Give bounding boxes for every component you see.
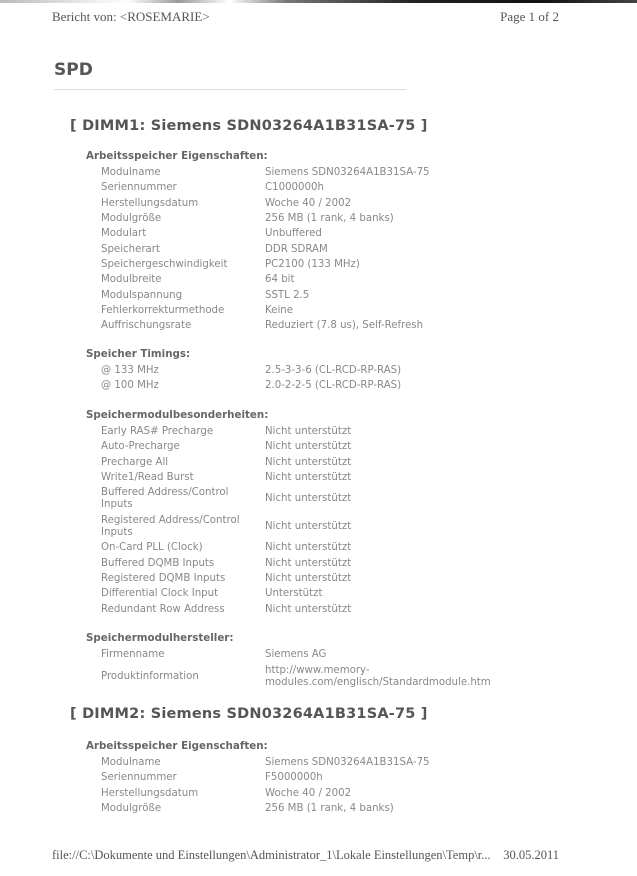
group-title: Arbeitsspeicher Eigenschaften:: [86, 740, 268, 752]
property-key: Auffrischungsrate: [101, 320, 265, 332]
property-key: Differential Clock Input: [101, 588, 265, 600]
property-row: Auto-PrechargeNicht unterstützt: [101, 440, 521, 455]
property-row: ModulnameSiemens SDN03264A1B31SA-75: [101, 756, 521, 771]
property-value: Unbuffered: [265, 228, 521, 240]
property-value: Nicht unterstützt: [265, 426, 521, 438]
property-value: Siemens SDN03264A1B31SA-75: [265, 167, 521, 179]
property-row: ModulartUnbuffered: [101, 227, 521, 242]
property-row: Precharge AllNicht unterstützt: [101, 455, 521, 470]
group-title: Speicher Timings:: [86, 348, 190, 360]
property-row: On-Card PLL (Clock)Nicht unterstützt: [101, 541, 521, 556]
property-key: Seriennummer: [101, 182, 265, 194]
property-value: Woche 40 / 2002: [265, 788, 521, 800]
property-value: Nicht unterstützt: [265, 558, 521, 570]
property-value: C1000000h: [265, 182, 521, 194]
property-row: HerstellungsdatumWoche 40 / 2002: [101, 786, 521, 801]
property-row: SpeicherartDDR SDRAM: [101, 242, 521, 257]
property-row: FehlerkorrekturmethodeKeine: [101, 303, 521, 318]
property-row: Registered DQMB InputsNicht unterstützt: [101, 571, 521, 586]
property-row: Produktinformationhttp://www.memory-modu…: [101, 663, 521, 691]
property-value: Woche 40 / 2002: [265, 198, 521, 210]
property-value: Siemens AG: [265, 649, 521, 661]
property-row: ModulspannungSSTL 2.5: [101, 288, 521, 303]
report-owner: Bericht von: <ROSEMARIE>: [52, 9, 210, 25]
property-row: SeriennummerF5000000h: [101, 771, 521, 786]
property-value: Siemens SDN03264A1B31SA-75: [265, 757, 521, 769]
property-value: Nicht unterstützt: [265, 604, 521, 616]
property-key: Modulname: [101, 167, 265, 179]
property-key: Speicherart: [101, 244, 265, 256]
property-row: Write1/Read BurstNicht unterstützt: [101, 470, 521, 485]
property-row: HerstellungsdatumWoche 40 / 2002: [101, 196, 521, 211]
property-key: Write1/Read Burst: [101, 472, 265, 484]
property-value: 256 MB (1 rank, 4 banks): [265, 803, 521, 815]
property-row: Modulgröße256 MB (1 rank, 4 banks): [101, 211, 521, 226]
property-key: Herstellungsdatum: [101, 788, 265, 800]
property-row: Buffered DQMB InputsNicht unterstützt: [101, 556, 521, 571]
property-key: Herstellungsdatum: [101, 198, 265, 210]
property-key: Modulspannung: [101, 290, 265, 302]
property-key: Registered DQMB Inputs: [101, 573, 265, 585]
property-row: Buffered Address/Control InputsNicht unt…: [101, 486, 521, 514]
property-key: Modulgröße: [101, 213, 265, 225]
property-row: Differential Clock InputUnterstützt: [101, 587, 521, 602]
property-value: Nicht unterstützt: [265, 573, 521, 585]
property-value: PC2100 (133 MHz): [265, 259, 521, 271]
property-key: Buffered DQMB Inputs: [101, 558, 265, 570]
property-value: Nicht unterstützt: [265, 493, 521, 505]
property-key: Firmenname: [101, 649, 265, 661]
property-row: FirmennameSiemens AG: [101, 648, 521, 663]
property-row: Modulgröße256 MB (1 rank, 4 banks): [101, 801, 521, 816]
property-key: Speichergeschwindigkeit: [101, 259, 265, 271]
property-key: On-Card PLL (Clock): [101, 542, 265, 554]
property-key: Modulart: [101, 228, 265, 240]
dimm-title: [ DIMM2: Siemens SDN03264A1B31SA-75 ]: [70, 706, 428, 722]
property-row: @ 100 MHz2.0-2-2-5 (CL-RCD-RP-RAS): [101, 379, 521, 394]
property-row: AuffrischungsrateReduziert (7.8 us), Sel…: [101, 319, 521, 334]
property-value: Nicht unterstützt: [265, 457, 521, 469]
property-value: Nicht unterstützt: [265, 441, 521, 453]
property-value: DDR SDRAM: [265, 244, 521, 256]
property-value: Keine: [265, 305, 521, 317]
scan-edge: [0, 0, 637, 3]
property-key: Modulgröße: [101, 803, 265, 815]
property-key: Redundant Row Address: [101, 604, 265, 616]
page-number: Page 1 of 2: [500, 9, 559, 25]
property-value: 2.0-2-2-5 (CL-RCD-RP-RAS): [265, 380, 521, 392]
file-path: file://C:\Dokumente und Einstellungen\Ad…: [52, 848, 491, 863]
property-key: Precharge All: [101, 457, 265, 469]
property-row: SpeichergeschwindigkeitPC2100 (133 MHz): [101, 257, 521, 272]
print-header: Bericht von: <ROSEMARIE> Page 1 of 2: [52, 9, 559, 25]
property-value: Nicht unterstützt: [265, 521, 521, 533]
property-row: Registered Address/Control InputsNicht u…: [101, 513, 521, 541]
property-key: Registered Address/Control Inputs: [101, 515, 251, 539]
property-key: Modulname: [101, 757, 265, 769]
property-key: @ 133 MHz: [101, 365, 265, 377]
property-key: Produktinformation: [101, 671, 265, 683]
group-title: Speichermodulhersteller:: [86, 632, 234, 644]
dimm-title: [ DIMM1: Siemens SDN03264A1B31SA-75 ]: [70, 118, 428, 134]
page-title: SPD: [54, 60, 93, 80]
property-row: ModulnameSiemens SDN03264A1B31SA-75: [101, 166, 521, 181]
property-row: @ 133 MHz2.5-3-3-6 (CL-RCD-RP-RAS): [101, 364, 521, 379]
property-key: @ 100 MHz: [101, 380, 265, 392]
group-title: Speichermodulbesonderheiten:: [86, 409, 268, 421]
property-value: Reduziert (7.8 us), Self-Refresh: [265, 320, 521, 332]
print-date: 30.05.2011: [503, 848, 559, 863]
property-value[interactable]: http://www.memory-modules.com/englisch/S…: [265, 665, 501, 689]
property-row: Redundant Row AddressNicht unterstützt: [101, 602, 521, 617]
property-value: Unterstützt: [265, 588, 521, 600]
property-value: Nicht unterstützt: [265, 542, 521, 554]
property-value: F5000000h: [265, 772, 521, 784]
property-row: SeriennummerC1000000h: [101, 181, 521, 196]
property-value: SSTL 2.5: [265, 290, 521, 302]
property-key: Auto-Precharge: [101, 441, 265, 453]
property-key: Modulbreite: [101, 274, 265, 286]
property-value: 64 bit: [265, 274, 521, 286]
property-key: Early RAS# Precharge: [101, 426, 265, 438]
property-key: Fehlerkorrekturmethode: [101, 305, 265, 317]
property-value: Nicht unterstützt: [265, 472, 521, 484]
title-divider: [54, 89, 406, 90]
property-value: 256 MB (1 rank, 4 banks): [265, 213, 521, 225]
property-key: Seriennummer: [101, 772, 265, 784]
property-key: Buffered Address/Control Inputs: [101, 487, 251, 511]
group-title: Arbeitsspeicher Eigenschaften:: [86, 150, 268, 162]
property-row: Modulbreite64 bit: [101, 273, 521, 288]
print-footer: file://C:\Dokumente und Einstellungen\Ad…: [52, 848, 559, 863]
property-value: 2.5-3-3-6 (CL-RCD-RP-RAS): [265, 365, 521, 377]
property-row: Early RAS# PrechargeNicht unterstützt: [101, 425, 521, 440]
